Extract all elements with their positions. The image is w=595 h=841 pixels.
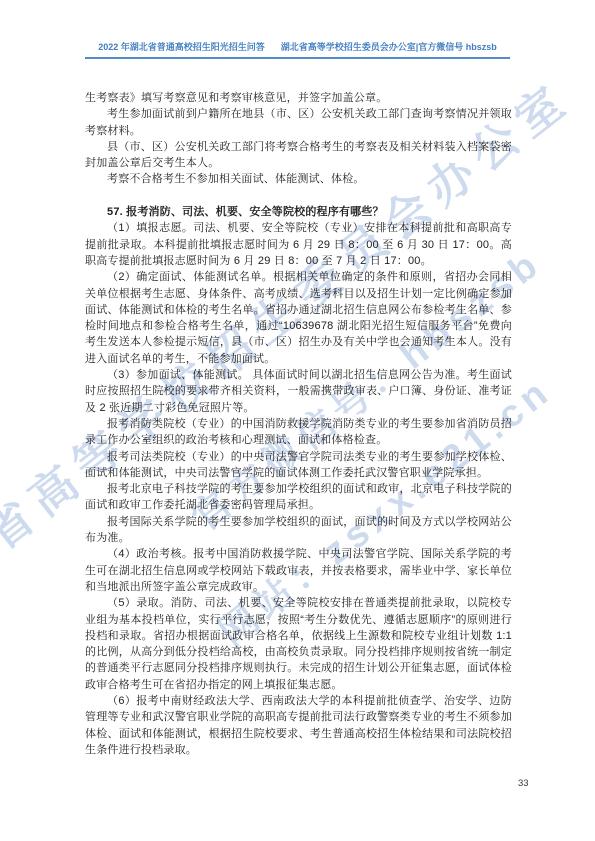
paragraph: 报考国际关系学院的考生要参加学校组织的面试，面试的时间及方式以学校网站公布为准。: [85, 514, 512, 547]
paragraph: 县（市、区）公安机关政工部门将考察合格考生的考察表及相关材料装入档案袋密封加盖公…: [85, 139, 512, 172]
paragraph: （5）录取。消防、司法、机要、安全等院校安排在普通类提前批录取，以院校专业组为基…: [85, 595, 512, 693]
paragraph: 考察不合格考生不参加相关面试、体能测试、体检。: [85, 171, 512, 187]
page-header: 2022 年湖北省普通高校招生阳光招生问答 湖北省高等学校招生委员会办公室|官方…: [85, 40, 510, 59]
paragraph: （2）确定面试、体能测试名单。根据相关单位确定的条件和原则，省招办会同相关单位根…: [85, 269, 512, 367]
paragraph: 报考消防类院校（专业）的中国消防救援学院消防类专业的考生要参加省消防员招录工作办…: [85, 416, 512, 449]
header-subtitle: 湖北省高等学校招生委员会办公室|官方微信号 hbszsb: [281, 40, 497, 53]
paragraph: 生考察表》填写考察意见和考察审核意见，并签字加盖公章。: [85, 90, 512, 106]
paragraph: [85, 188, 512, 204]
section-heading: 57. 报考消防、司法、机要、安全等院校的程序有哪些？: [85, 204, 512, 220]
header-title: 2022 年湖北省普通高校招生阳光招生问答: [98, 40, 265, 53]
page-number: 33: [518, 778, 529, 789]
paragraph: 报考北京电子科技学院的考生要参加学校组织的面试和政审，北京电子科技学院的面试和政…: [85, 481, 512, 514]
paragraph: （3）参加面试、体能测试。 具体面试时间以湖北招生信息网公告为准。考生面试时应按…: [85, 367, 512, 416]
paragraph: 报考司法类院校（专业）的中央司法警官学院司法类专业的考生要参加学校体检、面试和体…: [85, 449, 512, 482]
document-body: 生考察表》填写考察意见和考察审核意见，并签字加盖公章。考生参加面试前到户籍所在地…: [85, 90, 512, 758]
paragraph: （6）报考中南财经政法大学、西南政法大学的本科提前批侦查学、治安学、边防管理等专…: [85, 693, 512, 758]
document-page: 湖北省高等学校招生委员会办公室官方微信号：hbszsb网站：zsxx.e21.c…: [0, 0, 595, 841]
paragraph: 考生参加面试前到户籍所在地县（市、区）公安机关政工部门查询考察情况并领取考察材料…: [85, 106, 512, 139]
paragraph: （4）政治考核。报考中国消防救援学院、中央司法警官学院、国际关系学院的考生可在湖…: [85, 546, 512, 595]
paragraph: （1）填报志愿。司法、机要、安全等院校（专业）安排在本科提前批和高职高专提前批录…: [85, 220, 512, 269]
